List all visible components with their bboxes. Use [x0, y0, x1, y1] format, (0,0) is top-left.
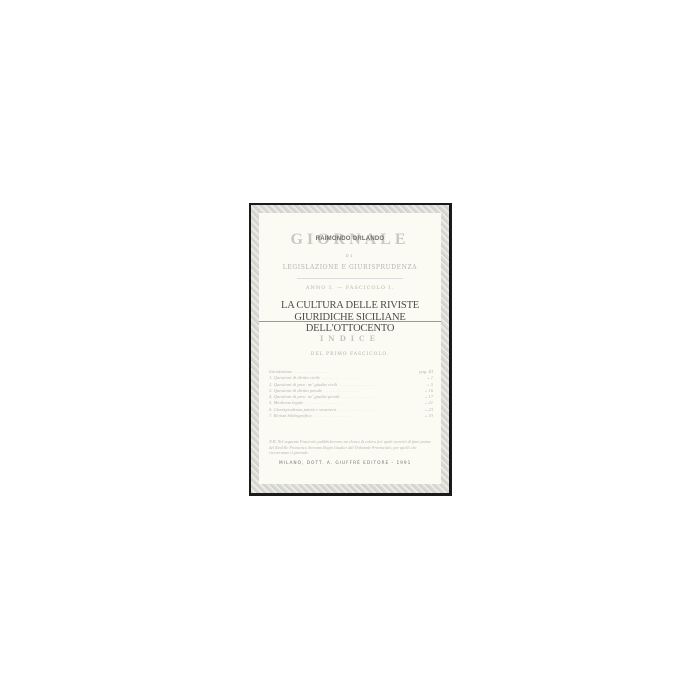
book-title: LA CULTURA DELLE RIVISTE GIURIDICHE SICI… — [259, 300, 441, 335]
footnote: N.B. Nel seguente Fascicolo pubblicherem… — [269, 439, 433, 456]
cover-paper: GIORNALE RAIMONDO ORLANDO DI LEGISLAZION… — [259, 213, 441, 484]
book-cover: GIORNALE RAIMONDO ORLANDO DI LEGISLAZION… — [249, 203, 452, 496]
publisher-imprint: MILANO, DOTT. A. GIUFFRÈ EDITORE - 1991 — [279, 461, 431, 466]
connector-text: DI — [259, 253, 441, 258]
divider — [297, 278, 403, 279]
title-divider — [259, 321, 441, 322]
book-title-line: LA CULTURA DELLE RIVISTE — [259, 300, 441, 312]
index-byline: DEL PRIMO FASCICOLO. — [259, 352, 441, 357]
index-heading: INDICE — [259, 334, 441, 343]
table-of-contents: Introduzione. . . . . . . . . . . . . . … — [269, 369, 433, 419]
journal-subtitle: LEGISLAZIONE E GIURISPRUDENZA — [259, 264, 441, 271]
toc-entry: 7. Rivista bibliografica. . . . . . . . … — [269, 413, 433, 419]
issue-line: ANNO I. — FASCICOLO I. — [259, 285, 441, 291]
author-name: RAIMONDO ORLANDO — [259, 236, 441, 242]
book-title-line: DELL'OTTOCENTO — [259, 323, 441, 335]
decorative-frame: GIORNALE RAIMONDO ORLANDO DI LEGISLAZION… — [251, 205, 449, 493]
